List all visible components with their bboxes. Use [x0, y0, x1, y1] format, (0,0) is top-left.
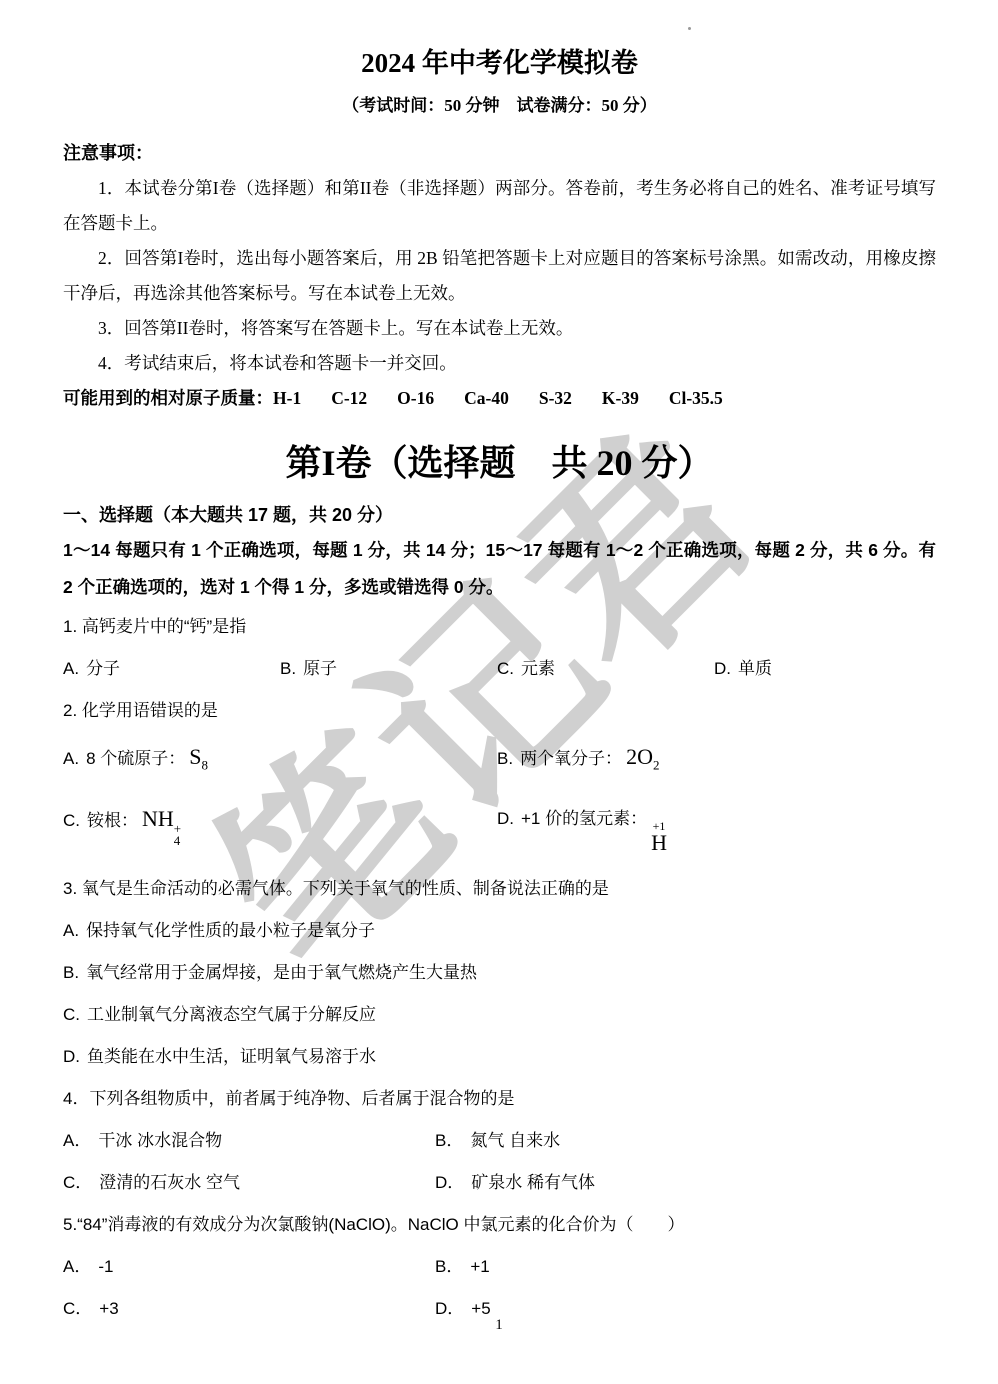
option-a: A.8 个硫原子：S8 — [63, 742, 497, 780]
option-label: A. — [63, 921, 79, 940]
option-text: 元素 — [521, 659, 555, 678]
option-c: C．澄清的石灰水 空气 — [63, 1172, 435, 1194]
option-label: D． — [435, 1173, 464, 1192]
option-text: +1 — [470, 1257, 489, 1276]
atomic-mass: S-32 — [539, 388, 572, 408]
question-1-stem: 1. 高钙麦片中的“钙”是指 — [63, 616, 936, 638]
question-2-options-row1: A.8 个硫原子：S8 B.两个氧分子：2O2 — [63, 742, 936, 780]
option-label: B. — [63, 963, 79, 982]
option-text: 分子 — [86, 659, 120, 678]
option-a: A．-1 — [63, 1256, 435, 1278]
notice-heading: 注意事项： — [63, 136, 936, 171]
option-text: -1 — [98, 1257, 113, 1276]
option-b: B.原子 — [280, 658, 497, 680]
exam-subtitle: （考试时间：50 分钟 试卷满分：50 分） — [63, 94, 936, 118]
option-b: B.两个氧分子：2O2 — [497, 742, 936, 780]
question-5-options-row1: A．-1 B．+1 — [63, 1256, 936, 1278]
option-text: 矿泉水 稀有气体 — [471, 1173, 595, 1192]
question-4-options-row1: A．干冰 冰水混合物 B．氮气 自来水 — [63, 1130, 936, 1152]
option-text: 工业制氧气分离液态空气属于分解反应 — [87, 1005, 376, 1024]
exam-page: 笔记君 2024 年中考化学模拟卷 （考试时间：50 分钟 试卷满分：50 分）… — [0, 0, 998, 1384]
option-label: A. — [63, 749, 79, 768]
option-d: D．矿泉水 稀有气体 — [435, 1172, 936, 1194]
atomic-mass: C-12 — [331, 388, 367, 408]
option-text: 干冰 冰水混合物 — [98, 1131, 222, 1150]
option-label: B. — [280, 659, 296, 678]
notice-item: 2．回答第I卷时，选出每小题答案后，用 2B 铅笔把答题卡上对应题目的答案标号涂… — [63, 241, 936, 311]
section-title: 第I卷（选择题 共 20 分） — [63, 440, 936, 486]
atomic-mass: Ca-40 — [464, 388, 509, 408]
exam-title: 2024 年中考化学模拟卷 — [63, 46, 936, 80]
option-a: A.分子 — [63, 658, 280, 680]
option-a: A.保持氧气化学性质的最小粒子是氧分子 — [63, 920, 936, 942]
question-4-options-row2: C．澄清的石灰水 空气 D．矿泉水 稀有气体 — [63, 1172, 936, 1194]
formula-h-valence: +1H — [651, 820, 667, 854]
atomic-mass: H-1 — [273, 388, 301, 408]
page-content: 2024 年中考化学模拟卷 （考试时间：50 分钟 试卷满分：50 分） 注意事… — [0, 0, 998, 1320]
option-c: C.铵根：NH+4 — [63, 804, 497, 854]
option-c: C.工业制氧气分离液态空气属于分解反应 — [63, 1004, 936, 1026]
notice-item: 4．考试结束后，将本试卷和答题卡一并交回。 — [63, 346, 936, 381]
option-b: B.氧气经常用于金属焊接，是由于氧气燃烧产生大量热 — [63, 962, 936, 984]
option-label: C. — [63, 811, 80, 830]
question-2-stem: 2. 化学用语错误的是 — [63, 700, 936, 722]
formula-s8: S8 — [189, 744, 208, 769]
option-text: 两个氧分子： — [520, 749, 622, 768]
section-instructions: 1～14 每题只有 1 个正确选项，每题 1 分，共 14 分；15～17 每题… — [63, 532, 936, 606]
option-label: B． — [435, 1257, 463, 1276]
notice-item: 1．本试卷分第I卷（选择题）和第II卷（非选择题）两部分。答卷前，考生务必将自己… — [63, 171, 936, 241]
option-text: 澄清的石灰水 空气 — [99, 1173, 240, 1192]
option-b: B．氮气 自来水 — [435, 1130, 936, 1152]
page-number: 1 — [0, 1317, 998, 1334]
option-label: D. — [714, 659, 731, 678]
option-text: +5 — [471, 1299, 490, 1318]
option-label: C. — [497, 659, 514, 678]
option-label: B. — [497, 749, 513, 768]
option-label: A． — [63, 1257, 91, 1276]
option-label: B． — [435, 1131, 463, 1150]
option-text: 氧气经常用于金属焊接，是由于氧气燃烧产生大量热 — [86, 963, 477, 982]
option-label: D. — [497, 809, 514, 828]
option-label: A. — [63, 659, 79, 678]
option-label: D． — [435, 1299, 464, 1318]
formula-2o2: 2O2 — [626, 744, 659, 769]
question-5-stem: 5.“84”消毒液的有效成分为次氯酸钠(NaClO)。NaClO 中氯元素的化合… — [63, 1214, 936, 1236]
option-text: 氮气 自来水 — [470, 1131, 560, 1150]
option-text: 原子 — [303, 659, 337, 678]
atomic-mass: Cl-35.5 — [669, 388, 723, 408]
option-label: A． — [63, 1131, 91, 1150]
option-d: D.鱼类能在水中生活，证明氧气易溶于水 — [63, 1046, 936, 1068]
option-d: D.+1 价的氢元素：+1H — [497, 804, 936, 854]
atomic-masses-label: 可能用到的相对原子质量： — [63, 388, 273, 408]
option-text: 8 个硫原子： — [86, 749, 185, 768]
option-text: 鱼类能在水中生活，证明氧气易溶于水 — [87, 1047, 376, 1066]
option-label: C． — [63, 1299, 92, 1318]
option-b: B．+1 — [435, 1256, 936, 1278]
section-heading: 一、选择题（本大题共 17 题，共 20 分） — [63, 498, 936, 532]
question-2-options-row2: C.铵根：NH+4 D.+1 价的氢元素：+1H — [63, 804, 936, 854]
atomic-mass: O-16 — [397, 388, 434, 408]
question-4-stem: 4．下列各组物质中，前者属于纯净物、后者属于混合物的是 — [63, 1088, 936, 1110]
question-1-options: A.分子 B.原子 C.元素 D.单质 — [63, 658, 936, 680]
option-text: +1 价的氢元素： — [521, 809, 647, 828]
question-3-stem: 3. 氧气是生命活动的必需气体。下列关于氧气的性质、制备说法正确的是 — [63, 878, 936, 900]
notice-item: 3．回答第II卷时，将答案写在答题卡上。写在本试卷上无效。 — [63, 311, 936, 346]
option-text: 保持氧气化学性质的最小粒子是氧分子 — [86, 921, 375, 940]
atomic-masses-line: 可能用到的相对原子质量：H-1C-12O-16Ca-40S-32K-39Cl-3… — [63, 381, 936, 416]
option-text: +3 — [99, 1299, 118, 1318]
option-text: 单质 — [738, 659, 772, 678]
option-c: C.元素 — [497, 658, 714, 680]
option-label: C. — [63, 1005, 80, 1024]
option-d: D.单质 — [714, 658, 936, 680]
option-label: D. — [63, 1047, 80, 1066]
questions: 1. 高钙麦片中的“钙”是指 A.分子 B.原子 C.元素 D.单质 2. 化学… — [63, 616, 936, 1320]
option-text: 铵根： — [87, 811, 138, 830]
option-label: C． — [63, 1173, 92, 1192]
option-a: A．干冰 冰水混合物 — [63, 1130, 435, 1152]
formula-nh4-ion: NH+4 — [142, 806, 181, 831]
atomic-mass: K-39 — [602, 388, 639, 408]
